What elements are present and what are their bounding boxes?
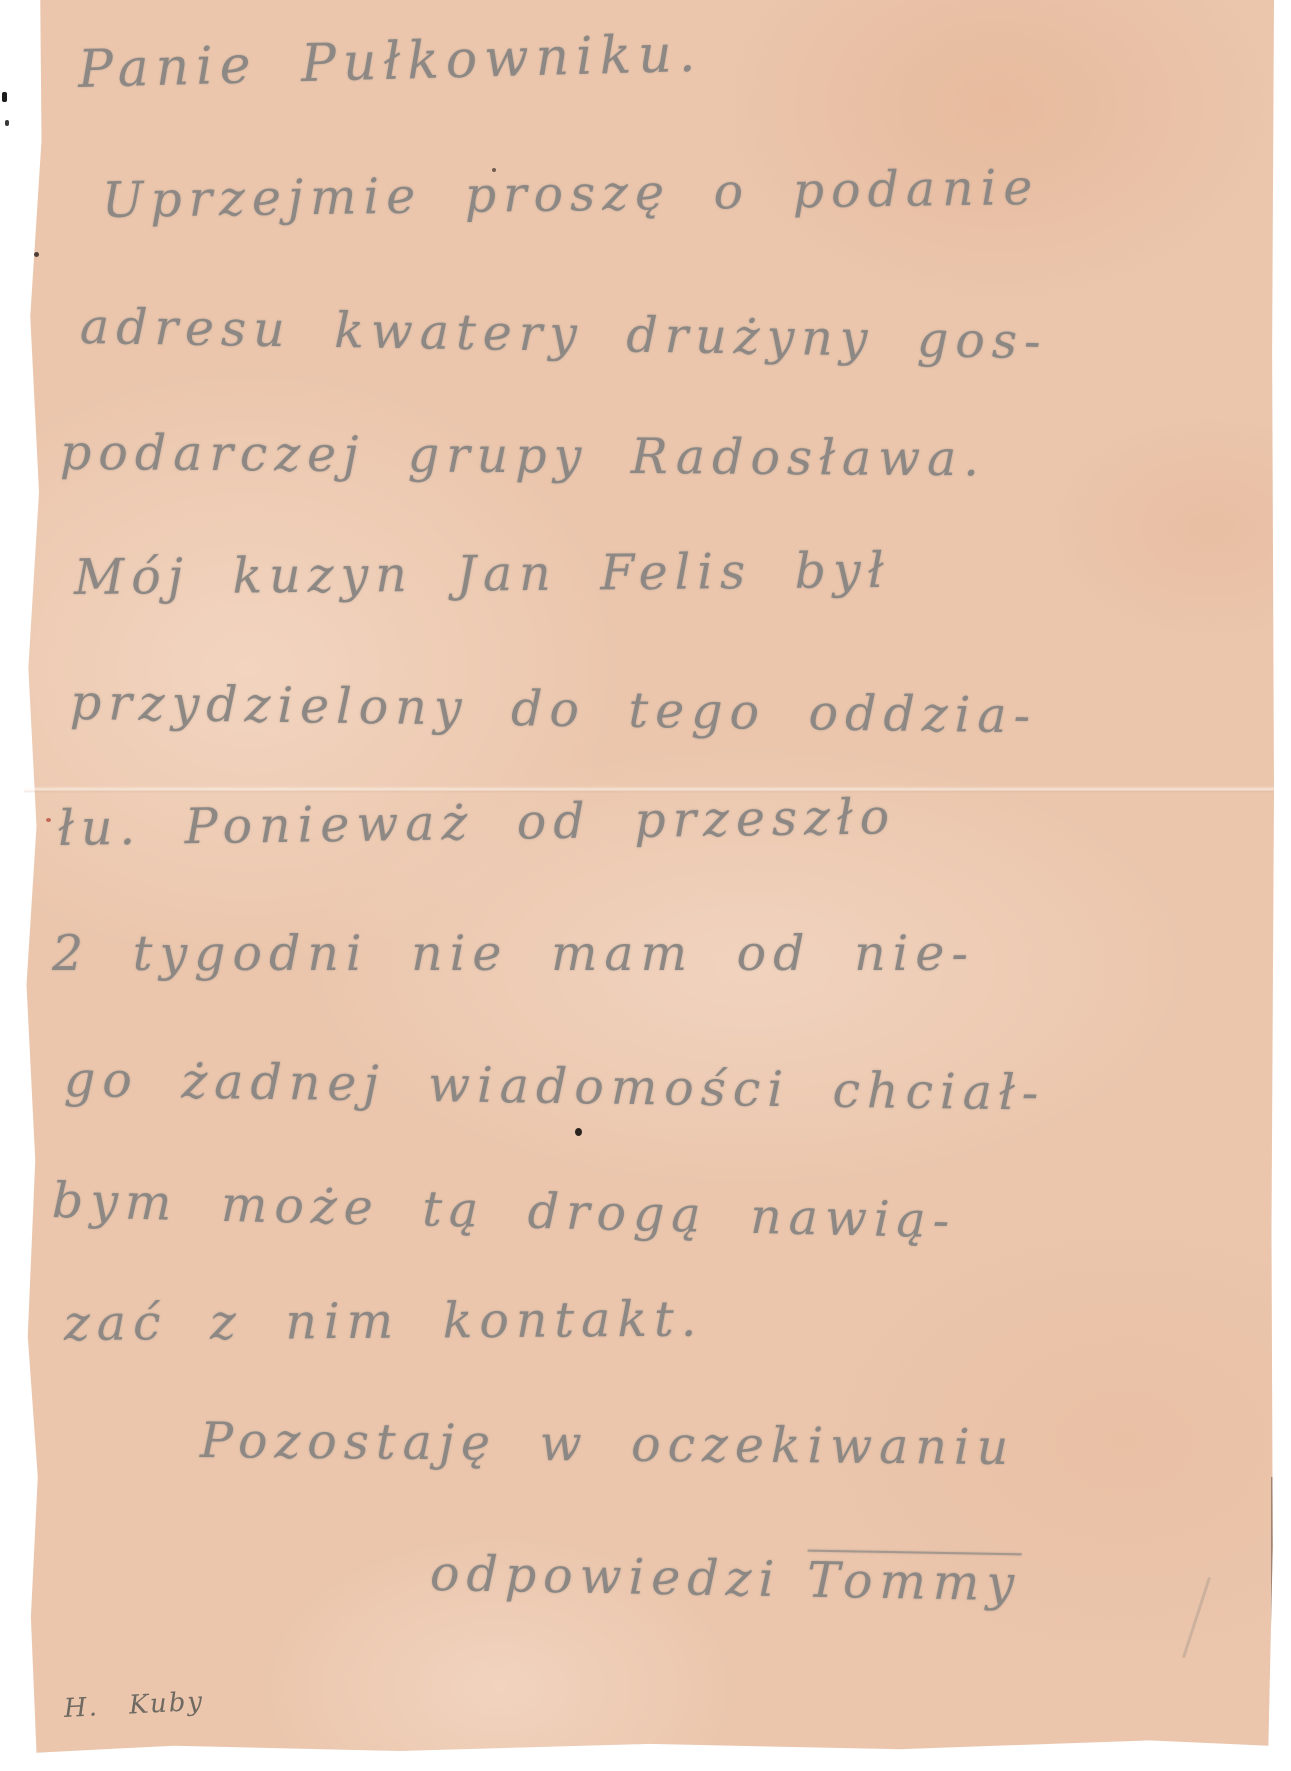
paper-right-edge-shadow <box>1271 1477 1274 1758</box>
signature-name: Tommy <box>807 1552 1022 1613</box>
letter-line: łu. Ponieważ od przeszło <box>58 788 897 857</box>
paper-speck <box>34 252 39 257</box>
paper-speck <box>492 168 496 172</box>
letter-line: podarczej grupy Radosława. <box>60 424 986 487</box>
paper-bottom-edge-shadow <box>24 1755 1274 1758</box>
closing-line: Pozostaję w oczekiwaniu <box>200 1412 1016 1476</box>
letter-line: Mój kuzyn Jan Felis był <box>74 542 891 606</box>
scanner-mark <box>5 120 9 126</box>
letter-paper <box>24 0 1274 1758</box>
paper-speck <box>46 818 51 822</box>
scanner-mark <box>2 92 7 102</box>
letter-line: zać z nim kontakt. <box>64 1291 704 1352</box>
signature-line: odpowiedziTommy <box>430 1545 1022 1612</box>
paper-speck <box>575 1128 582 1136</box>
scanned-letter: Panie Pułkowniku. Uprzejmie proszę o pod… <box>0 0 1291 1771</box>
letter-line: 2 tygodni nie mam od nie- <box>52 925 975 982</box>
signature-prefix: odpowiedzi <box>430 1545 782 1608</box>
